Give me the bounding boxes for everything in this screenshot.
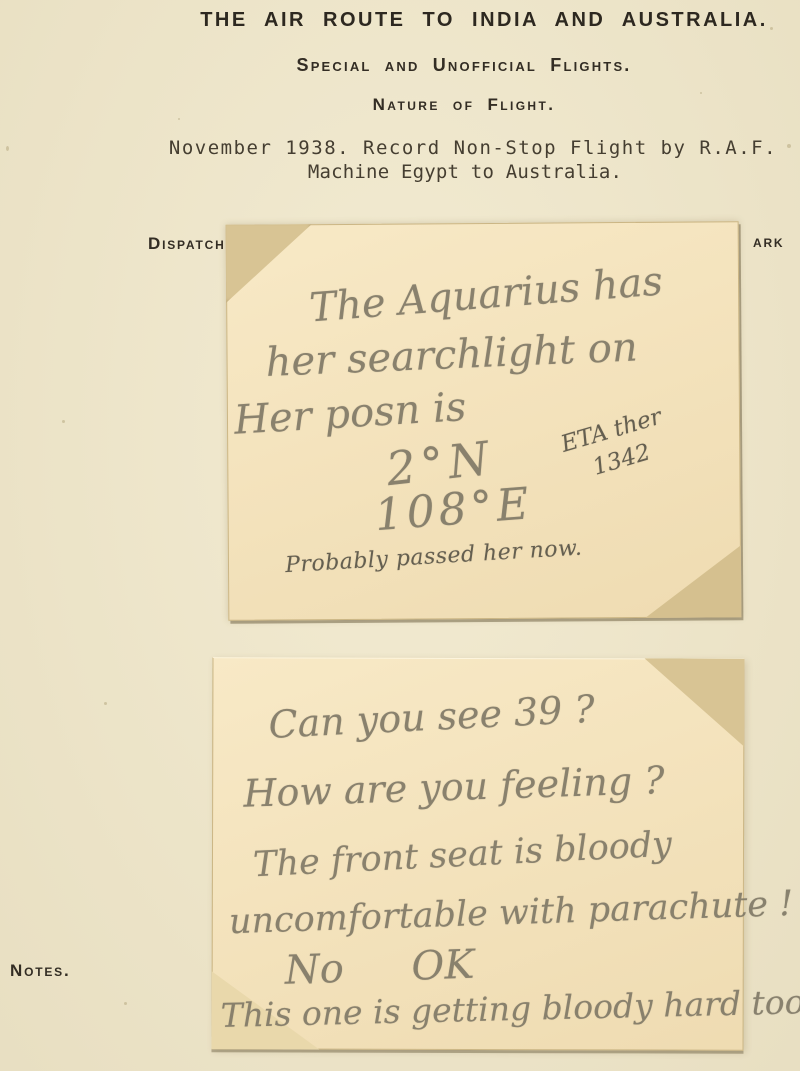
paper-speck: [787, 144, 791, 148]
paper-speck: [124, 1002, 127, 1005]
paper-speck: [700, 92, 702, 94]
handwritten-question-see: Can you see 39 ?: [267, 687, 595, 747]
paper-speck: [62, 420, 65, 423]
section-heading: Nature of Flight.: [0, 95, 800, 115]
paper-speck: [6, 146, 9, 151]
handwritten-line-searchlight: her searchlight on: [265, 324, 639, 386]
page-title: THE AIR ROUTE TO INDIA AND AUSTRALIA.: [0, 9, 800, 32]
remark-label-partial: ark: [753, 232, 784, 252]
dispatch-label: Dispatch: [148, 234, 226, 254]
typed-caption-line-1: November 1938. Record Non-Stop Flight by…: [0, 137, 800, 159]
note-card-1: The Aquarius has her searchlight on Her …: [226, 221, 742, 621]
handwritten-line-front-seat: The front seat is bloody: [252, 825, 673, 886]
handwritten-ok: OK: [411, 942, 475, 990]
note-card-2: Can you see 39 ? How are you feeling ? T…: [211, 657, 744, 1050]
handwritten-line-passed: Probably passed her now.: [284, 536, 582, 579]
paper-speck: [770, 27, 773, 30]
handwritten-line-no-ok: No OK: [284, 942, 475, 994]
page-subtitle: Special and Unofficial Flights.: [0, 55, 800, 76]
paper-speck: [104, 702, 107, 705]
handwritten-no: No: [284, 946, 345, 994]
folded-corner-top-right: [644, 658, 744, 746]
paper-speck: [178, 118, 180, 120]
handwritten-eta-note: ETA ther 1342: [558, 402, 675, 491]
album-page: THE AIR ROUTE TO INDIA AND AUSTRALIA. Sp…: [0, 0, 800, 1071]
notes-label: Notes.: [10, 961, 70, 981]
handwritten-line-position: Her posn is: [233, 384, 468, 444]
folded-corner-top-left: [226, 224, 313, 303]
handwritten-line-uncomfortable: uncomfortable with parachute !: [228, 884, 793, 942]
handwritten-longitude: 108°E: [373, 478, 535, 541]
typed-caption-line-2: Machine Egypt to Australia.: [0, 161, 800, 183]
handwritten-line-ship: The Aquarius has: [308, 258, 664, 331]
handwritten-question-feeling: How are you feeling ?: [243, 758, 666, 816]
folded-corner-bottom-right: [645, 545, 742, 618]
